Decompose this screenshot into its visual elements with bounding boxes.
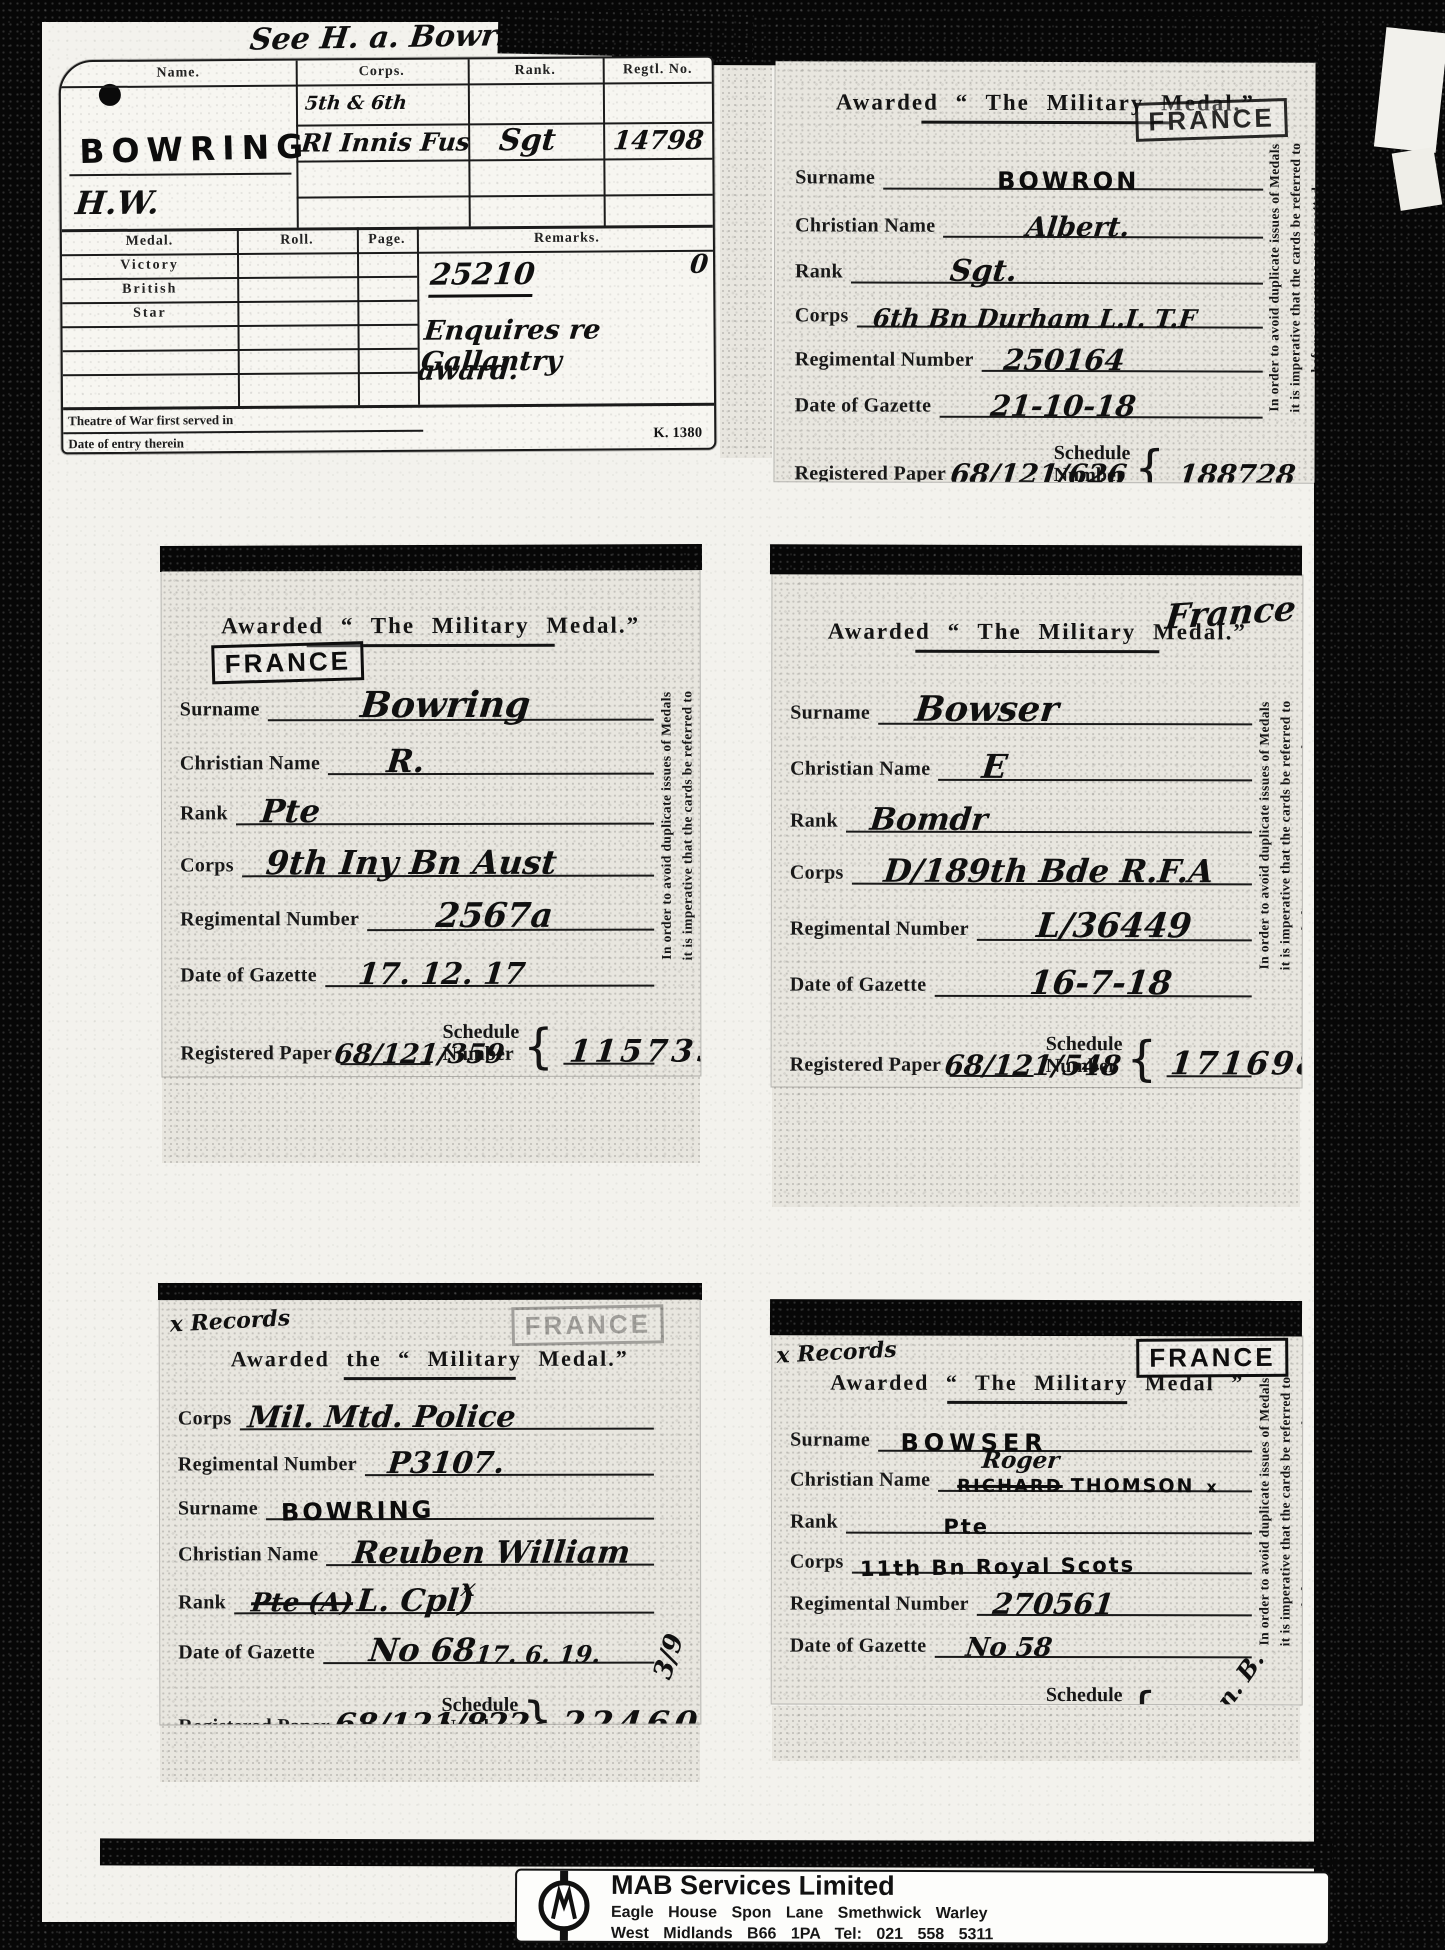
registered-paper-label: Registered Paper [794, 462, 946, 482]
date-of-gazette-value: 21-10-18 [989, 389, 1138, 423]
card-title: Awarded “ The Military Medal.” [162, 613, 700, 640]
rule [62, 250, 716, 257]
schedule-brace: { [1127, 1692, 1158, 1704]
surname-value: Bowring [358, 684, 532, 726]
surname-row: Surname BOWRON [789, 159, 1269, 190]
registered-paper-label: Registered Paper [178, 1715, 330, 1724]
registered-paper-value: 68/121/626 [949, 458, 1129, 483]
christian-name-value: Albert. [1025, 212, 1132, 243]
regimental-number-line: 2567a [367, 901, 654, 932]
registered-paper-row: Registered Paper 68/121/822 ScheduleNumb… [172, 1694, 660, 1725]
corps-line: D/189th Bde R.F.A [852, 855, 1252, 886]
scan-segment-strip [772, 1085, 1300, 1207]
company-address-line2: West Midlands B66 1PA Tel: 021 558 5311 [611, 1924, 994, 1943]
corps-value: 6th Bn Durham L.I. T.F [871, 304, 1198, 334]
medal-index-card-bowring: Name. Corps. Rank. Regtl. No. BOWRING H.… [59, 56, 717, 455]
schedule-brace: { [1126, 1041, 1157, 1077]
surname-line: BOWSER [878, 1426, 1252, 1453]
registered-paper-line: 68/121/359 [340, 1035, 431, 1065]
surname-label: Surname [178, 1497, 258, 1520]
scanned-page: See H. a. Bowring Name. Corps. Rank. Reg… [0, 0, 1445, 1950]
regimental-number-line: 250164 [982, 342, 1263, 373]
registered-paper-label: Registered Paper [790, 1054, 942, 1077]
regimental-number-label: Regimental Number [795, 348, 974, 371]
rank-value: L. Cpl) [355, 1583, 475, 1619]
rule [62, 276, 417, 280]
registered-paper-value: 68/121/548 [942, 1049, 1122, 1082]
regimental-number-value: L/36449 [1035, 906, 1194, 946]
rank-entry: Sgt [497, 123, 557, 158]
surname-line: Bowring [268, 691, 654, 722]
date-of-gazette-line: 16-7-18 [934, 967, 1251, 998]
date-of-gazette-line: 21-10-18 [939, 388, 1262, 419]
column-header-page: Page. [357, 232, 417, 248]
christian-name-value: R. [385, 742, 427, 780]
registered-paper-row: Registered Paper 68/101/748. ScheduleNum… [784, 1684, 1258, 1705]
corps-value: 9th Iny Bn Aust [265, 843, 560, 883]
corps-line: Mil. Mtd. Police [240, 1400, 654, 1431]
date-of-gazette-date: 17. 6. 19. [474, 1640, 602, 1669]
christian-name-row: Christian Name E [784, 751, 1258, 782]
surname-value: BOWRON [997, 167, 1139, 195]
corps-label: Corps [790, 1551, 844, 1574]
christian-name-row: Christian Name Reuben William [172, 1536, 660, 1567]
schedule-number-value: 171698 [1168, 1044, 1302, 1082]
duplicate-warning-note: In order to avoid duplicate issues of Me… [1254, 1346, 1302, 1676]
rank-row: Rank Sgt. [789, 253, 1269, 284]
france-stamp-faint: FRANCE [511, 1304, 664, 1346]
date-of-gazette-label: Date of Gazette [178, 1641, 315, 1664]
corps-value: D/189th Bde R.F.A [882, 852, 1216, 891]
rank-line: Pte (A) L. Cpl) x [234, 1584, 654, 1615]
date-of-gazette-value: 16-7-18 [1028, 963, 1174, 1002]
registered-paper-row: Registered Paper 68/121/548 ScheduleNumb… [784, 1033, 1258, 1078]
remarks-zero-mark: 0 [689, 250, 710, 280]
scan-band [100, 1838, 1332, 1868]
scan-segment-strip [772, 1706, 1300, 1761]
column-header-regtl-no: Regtl. No. [603, 62, 713, 79]
christian-name-row: Christian Name R. [174, 745, 660, 776]
rank-row: Rank Bomdr [784, 803, 1258, 834]
christian-name-row: Christian Name Albert. [789, 207, 1269, 238]
mab-services-footer: MAB Services Limited Eagle House Spon La… [515, 1869, 1330, 1946]
mm-card-bowser-rt: x Records FRANCE Awarded “ The Military … [772, 1336, 1303, 1705]
corps-value: Mil. Mtd. Police [246, 1400, 517, 1435]
torn-paper-fragment [1374, 27, 1445, 153]
rank-label: Rank [178, 1591, 226, 1614]
corps-row: Corps D/189th Bde R.F.A [784, 855, 1258, 886]
surname-row: Surname Bowring [174, 691, 660, 722]
regimental-number-row: Regimental Number P3107. [172, 1446, 660, 1477]
scan-segment-strip [720, 60, 772, 458]
form-code: K. 1380 [653, 425, 702, 442]
christian-rest-value: THOMSON [1071, 1475, 1195, 1497]
date-of-gazette-row: Date of Gazette 21-10-18 [789, 387, 1269, 418]
surname-label: Surname [790, 702, 870, 725]
schedule-number-value: 224609. [561, 1703, 701, 1724]
date-of-gazette-row: Date of Gazette 16-7-18 [784, 967, 1258, 998]
corps-row: Corps Mil. Mtd. Police [172, 1400, 660, 1431]
ink-smudge [498, 7, 754, 58]
christian-name-label: Christian Name [795, 214, 935, 237]
surname-line: BOWRING [266, 1490, 654, 1521]
date-of-gazette-value: No 58 [965, 1633, 1055, 1663]
column-header-corps: Corps. [296, 63, 468, 80]
rank-line: Sgt. [851, 253, 1263, 284]
rule [63, 372, 418, 376]
christian-name-line: RICHARD THOMSON x Roger [938, 1466, 1252, 1493]
regimental-number-line: 270561 [977, 1590, 1252, 1616]
surname-label: Surname [790, 1429, 870, 1452]
mab-logo-icon [535, 1871, 593, 1941]
remarks-note-line2: award. [416, 355, 520, 387]
corps-line: 9th Iny Bn Aust [242, 847, 654, 878]
rank-value: Sgt. [948, 254, 1019, 289]
corps-label: Corps [180, 854, 234, 877]
scan-band [770, 1299, 1302, 1337]
date-of-gazette-label: Date of Gazette [790, 1635, 927, 1658]
christian-name-label: Christian Name [790, 758, 930, 781]
title-underline [915, 650, 1159, 653]
regimental-number-value: 250164 [1002, 343, 1127, 377]
surname-entry: BOWRING [79, 127, 311, 172]
column-header-name: Name. [61, 65, 296, 83]
corps-label: Corps [795, 304, 849, 327]
medal-row-victory: Victory [62, 257, 237, 274]
rule [296, 158, 716, 163]
regimental-number-label: Regimental Number [180, 908, 359, 931]
christian-name-label: Christian Name [180, 752, 320, 775]
rank-label: Rank [790, 810, 838, 833]
rank-value: Bomdr [868, 802, 990, 838]
surname-value: BOWRING [281, 1496, 435, 1527]
regimental-number-label: Regimental Number [178, 1453, 357, 1476]
registered-paper-value: 68/121/359 [333, 1039, 506, 1070]
registered-paper-line: 68/121/626 [954, 456, 1042, 483]
company-address-line1: Eagle House Spon Lane Smethwick Warley [611, 1903, 994, 1922]
date-of-gazette-row: Date of Gazette No 6817. 6. 19. [172, 1634, 660, 1665]
initials-entry: H.W. [74, 184, 161, 223]
christian-struck-value: RICHARD [957, 1476, 1063, 1497]
date-of-gazette-value: No 68 [367, 1631, 477, 1669]
schedule-number-line: 224609. [563, 1708, 655, 1725]
christian-name-label: Christian Name [790, 1469, 930, 1492]
rank-row: Rank Pte [784, 1508, 1258, 1535]
surname-line: BOWRON [883, 160, 1263, 191]
registered-paper-line: 68/121/548 [949, 1047, 1034, 1077]
company-name: MAB Services Limited [611, 1869, 994, 1901]
date-of-gazette-line: No 58 [934, 1632, 1251, 1659]
christian-name-value: E [980, 747, 1009, 786]
surname-label: Surname [795, 166, 875, 189]
scan-band [160, 544, 702, 572]
registered-paper-line: 68/121/822 [338, 1708, 430, 1724]
regimental-number-row: Regimental Number 2567a [174, 901, 660, 932]
scan-band [770, 544, 1302, 575]
france-stamp: FRANCE [211, 641, 364, 684]
corps-label: Corps [178, 1407, 232, 1430]
date-of-entry-label: Date of entry therein [68, 435, 184, 452]
card-title: Awarded the “ Military Medal.” [160, 1346, 700, 1373]
scan-edge-left [0, 0, 42, 1950]
rank-label: Rank [180, 802, 228, 825]
regimental-number-row: Regimental Number 250164 [789, 341, 1269, 372]
rank-row: Rank Pte (A) L. Cpl) x [172, 1584, 660, 1615]
rank-line: Pte [846, 1508, 1252, 1535]
surname-row: Surname Bowser [784, 695, 1258, 726]
schedule-brace: { [523, 1029, 554, 1065]
surname-line: Bowser [878, 695, 1252, 726]
mm-card-bowser-e: Awarded “ The Military Medal.” France Su… [772, 575, 1303, 1088]
corps-entry-line2: Rl Innis Fus [300, 127, 472, 157]
date-of-gazette-row: Date of Gazette No 58 [784, 1632, 1258, 1659]
registered-paper-row: Registered Paper 68/121/626 ScheduleNumb… [788, 441, 1268, 482]
rank-value-group: Pte (A) L. Cpl) [251, 1583, 473, 1619]
rule [62, 300, 417, 304]
rule [62, 324, 417, 328]
regimental-number-value: P3107. [386, 1446, 506, 1481]
christian-name-line: Albert. [943, 208, 1263, 239]
rule [63, 403, 716, 411]
rank-row: Rank Pte [174, 795, 660, 826]
registered-paper-value: 68/101/748. [944, 1702, 1127, 1705]
scan-band [158, 1283, 702, 1300]
date-of-gazette-value: 17. 12. 17 [356, 957, 527, 992]
surname-label: Surname [180, 698, 260, 721]
christian-name-value: Reuben William [351, 1535, 632, 1571]
rule [69, 173, 291, 177]
rank-line: Bomdr [846, 803, 1252, 834]
mab-footer-text: MAB Services Limited Eagle House Spon La… [611, 1869, 994, 1943]
christian-name-line: E [938, 751, 1252, 782]
column-header-medal: Medal. [62, 233, 237, 250]
rule [297, 194, 717, 199]
mm-card-bowron: Awarded “ The Military Medal.” FRANCE Su… [774, 61, 1315, 482]
regimental-number-row: Regimental Number 270561 [784, 1590, 1258, 1617]
regimental-number-row: Regimental Number L/36449 [784, 911, 1258, 942]
corps-value: 11th Bn Royal Scots [859, 1553, 1135, 1581]
christian-name-group: RICHARD THOMSON x [957, 1475, 1219, 1497]
date-of-gazette-line: 17. 12. 17 [325, 957, 654, 988]
remarks-reference-number: 25210 [428, 257, 536, 298]
corps-line: 6th Bn Durham L.I. T.F [857, 298, 1263, 329]
date-of-gazette-label: Date of Gazette [790, 974, 927, 997]
schedule-number-line: 171698 [1167, 1047, 1252, 1077]
column-header-roll: Roll. [237, 232, 357, 249]
rank-value: Pte [259, 792, 322, 830]
regimental-number-value: 270561 [992, 1587, 1117, 1621]
rule [63, 430, 423, 435]
title-underline [343, 1377, 516, 1380]
duplicate-warning-note: In order to avoid duplicate issues of Me… [1264, 93, 1315, 463]
regimental-number-line: P3107. [365, 1446, 654, 1477]
rank-label: Rank [795, 260, 843, 283]
corps-label: Corps [790, 862, 844, 885]
title-underline [921, 121, 1169, 125]
rank-value: Pte [943, 1515, 989, 1539]
scan-segment-strip [160, 1724, 700, 1782]
christian-name-line: Reuben William [326, 1536, 654, 1567]
regtl-no-entry: 14798 [612, 126, 705, 157]
mm-card-bowring-rw: x Records FRANCE Awarded the “ Military … [160, 1300, 701, 1725]
medal-row-star: Star [62, 305, 237, 322]
rank-label: Rank [790, 1511, 838, 1534]
corps-row: Corps 11th Bn Royal Scots [784, 1548, 1258, 1575]
corps-row: Corps 9th Iny Bn Aust [174, 847, 660, 878]
regimental-number-value: 2567a [434, 896, 555, 936]
schedule-number-line: 115735 [564, 1035, 655, 1065]
regimental-number-label: Regimental Number [790, 918, 969, 941]
duplicate-warning-note: In order to avoid duplicate issues of Me… [656, 640, 700, 1010]
regimental-number-label: Regimental Number [790, 1593, 969, 1616]
christian-name-row: Christian Name RICHARD THOMSON x Roger [784, 1466, 1258, 1493]
regimental-number-line: L/36449 [977, 911, 1252, 941]
torn-paper-fragment [1392, 147, 1443, 211]
duplicate-warning-note: In order to avoid duplicate issues of Me… [1254, 650, 1302, 1020]
registered-paper-line: 68/101/748. [949, 1698, 1034, 1705]
schedule-brace: { [1134, 450, 1165, 482]
scan-edge-right [1314, 0, 1445, 1950]
corps-entry-line1: 5th & 6th [304, 92, 408, 115]
registered-paper-label: Registered Paper [180, 1042, 332, 1065]
mm-card-bowring-r: Awarded “ The Military Medal.” FRANCE Su… [162, 571, 701, 1077]
surname-value: Bowser [913, 689, 1061, 730]
scan-segment-strip [162, 1075, 700, 1163]
registered-paper-row: Registered Paper 68/121/359 ScheduleNumb… [174, 1021, 660, 1066]
theatre-of-war-label: Theatre of War first served in [68, 412, 233, 429]
date-of-gazette-line: No 6817. 6. 19. [323, 1634, 654, 1665]
surname-row: Surname BOWRING [172, 1490, 660, 1521]
column-header-rank: Rank. [468, 62, 603, 79]
rule [61, 82, 716, 89]
title-underline [947, 1401, 1127, 1404]
rank-struck-value: Pte (A) [249, 1588, 354, 1618]
rank-line: Pte [236, 795, 654, 826]
registered-paper-value: 68/121/822 [332, 1707, 531, 1725]
christian-correction-above: Roger [981, 1447, 1061, 1474]
date-of-gazette-label: Date of Gazette [180, 964, 317, 987]
date-of-gazette-label: Date of Gazette [795, 394, 932, 417]
date-of-gazette-row: Date of Gazette 17. 12. 17 [174, 957, 660, 988]
corps-line: 11th Bn Royal Scots [852, 1548, 1252, 1575]
christian-name-line: R. [328, 745, 654, 776]
christian-x-mark: x [1206, 1477, 1218, 1496]
schedule-number-line: 188728 [1175, 456, 1263, 482]
corps-row: Corps 6th Bn Durham L.I. T.F [789, 297, 1269, 328]
rule [63, 348, 418, 352]
christian-name-label: Christian Name [178, 1543, 318, 1566]
column-header-remarks: Remarks. [417, 230, 717, 248]
rank-x-mark: x [459, 1573, 476, 1602]
schedule-number-value: 115735 [567, 1033, 700, 1069]
medal-row-british: British [62, 281, 237, 298]
